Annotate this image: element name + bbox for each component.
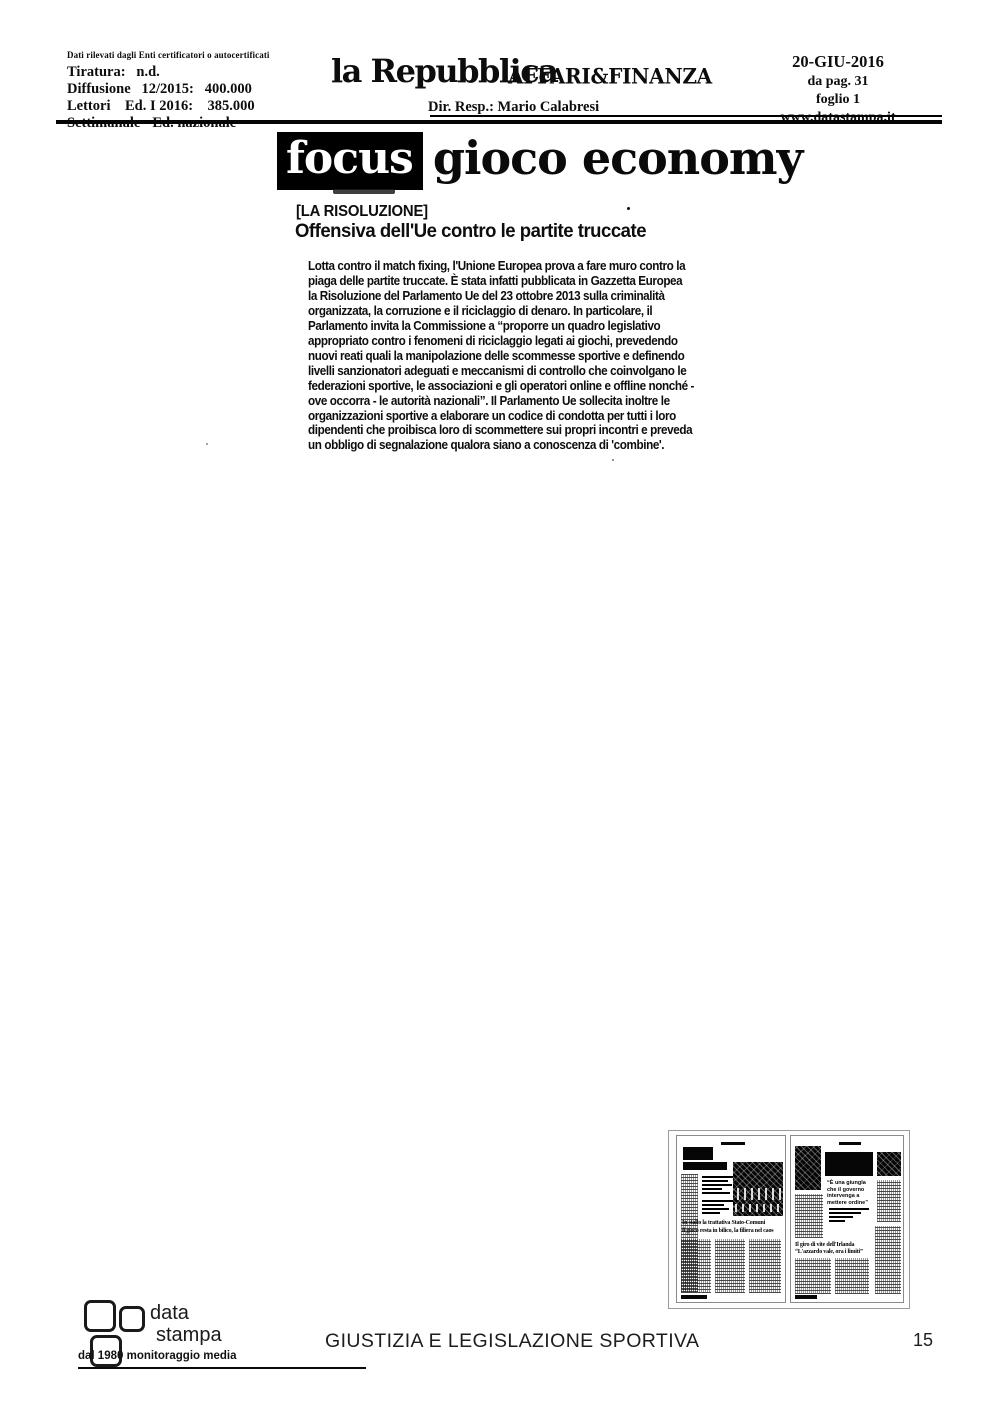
mini-masthead [839,1142,861,1145]
mini-text-column [875,1226,901,1294]
header-rule-thin [430,115,942,117]
section-title-row: focus gioco economy [277,132,802,190]
mini-footer-strip [681,1295,707,1299]
mini-chart-bar [702,1176,736,1178]
article-body-line: organizzata, la corruzione e il riciclag… [308,304,731,319]
thumbnail-right-page: “È una giungla che il governo intervenga… [790,1135,904,1303]
article-kicker: [LA RISOLUZIONE] [296,203,428,221]
article-body-line: federazioni sportive, le associazioni e … [308,379,731,394]
issue-from-page: da pag. 31 [758,74,918,90]
mini-chart-bar [829,1208,869,1210]
mini-text-column [681,1239,711,1293]
datastampa-logo-square-small [119,1306,145,1332]
article-body-line: dipendenti che proibisca loro di scommet… [308,423,731,438]
mini-text-column [795,1258,831,1294]
mini-chart-bar [702,1208,729,1210]
mini-chart-bar [702,1200,733,1202]
mini-headline: Il giro di vite dell'Irlanda “L'azzardo … [795,1242,873,1256]
scan-artifact [206,443,208,445]
mini-chart-bar [702,1212,720,1214]
mini-headline: il gioco resta in bilico, la filiera nel… [682,1228,782,1235]
mini-chart-bar [829,1220,845,1222]
article-body-line: un obbligo di segnalazione qualora siano… [308,438,731,453]
issue-sheet: foglio 1 [758,92,918,108]
article-body-line: la Risoluzione del Parlamento Ue del 23 … [308,289,731,304]
issue-date: 20-GIU-2016 [758,52,918,72]
logo-word-stampa: stampa [156,1325,222,1345]
section-title: gioco economy [433,132,803,184]
mini-photo-block [825,1152,873,1176]
mini-footer-strip [795,1295,817,1299]
datastampa-logo-square-large [84,1300,116,1332]
mini-chart-bar [702,1184,732,1186]
mini-quote-headline: “È una giungla che il governo intervenga… [827,1180,873,1206]
source-page-thumbnail: In stallo la trattativa Stato-Comuni il … [668,1130,910,1309]
scan-smudge [333,189,395,194]
stats-lettori: Lettori Ed. I 2016: 385.000 [67,98,270,115]
scan-artifact [627,207,630,210]
director-line: Dir. Resp.: Mario Calabresi [428,99,599,116]
mini-headline: In stallo la trattativa Stato-Comuni [682,1220,782,1227]
mini-text-column [877,1180,901,1222]
press-clipping-page: Dati rilevati dagli Enti certificatori o… [0,0,992,1403]
article-headline: Offensiva dell'Ue contro le partite truc… [295,220,646,243]
stats-tiratura: Tiratura: n.d. [67,64,270,81]
mini-text-column [835,1258,869,1294]
mini-photo-colosseum [733,1162,783,1216]
scan-artifact [612,459,614,461]
mini-masthead [721,1142,745,1145]
mini-ad-block [683,1162,727,1170]
mini-chart-bar [702,1188,722,1190]
article-body: Lotta contro il match fixing, l'Unione E… [308,259,731,453]
logo-word-data: data [150,1303,189,1323]
article-body-line: organizzazioni sportive a elaborare un c… [308,409,731,424]
dossier-section-title: GIUSTIZIA E LEGISLAZIONE SPORTIVA [325,1330,699,1353]
article-body-line: nuovi reati quali la manipolazione delle… [308,349,731,364]
mini-text-column [749,1239,781,1293]
article-body-line: ove occorra - le autorità nazionali”. Il… [308,394,731,409]
article-body-line: appropriato contro i fenomeni di ricicla… [308,334,731,349]
focus-badge: focus [277,132,423,190]
mini-chart-bar [702,1204,724,1206]
thumbnail-left-page: In stallo la trattativa Stato-Comuni il … [676,1135,786,1303]
stats-diffusione: Diffusione 12/2015: 400.000 [67,81,270,98]
article-body-line: Parlamento invita la Commissione a “prop… [308,319,731,334]
mini-chart-bar [829,1212,861,1214]
tagline-rule [78,1367,366,1369]
article-body-line: piaga delle partite truccate. È stata in… [308,274,731,289]
logo-tagline: dal 1980 monitoraggio media [78,1350,236,1362]
mini-photo-block [877,1152,901,1176]
mini-chart-bar [702,1192,730,1194]
masthead-supplement: AFFARI&FINANZA [508,63,712,89]
mini-photo-figure [795,1146,821,1190]
article-body-line: Lotta contro il match fixing, l'Unione E… [308,259,731,274]
mini-chart-bar [829,1216,853,1218]
mini-text-column [715,1239,745,1293]
article-body-line: livelli sanzionatori adeguati e meccanis… [308,364,731,379]
mini-chart-bar [702,1180,728,1182]
page-number: 15 [913,1330,933,1351]
mini-ad-block [683,1147,713,1160]
stats-note: Dati rilevati dagli Enti certificatori o… [67,47,270,64]
mini-text-column [795,1194,823,1238]
header-rule-thick [56,120,942,124]
